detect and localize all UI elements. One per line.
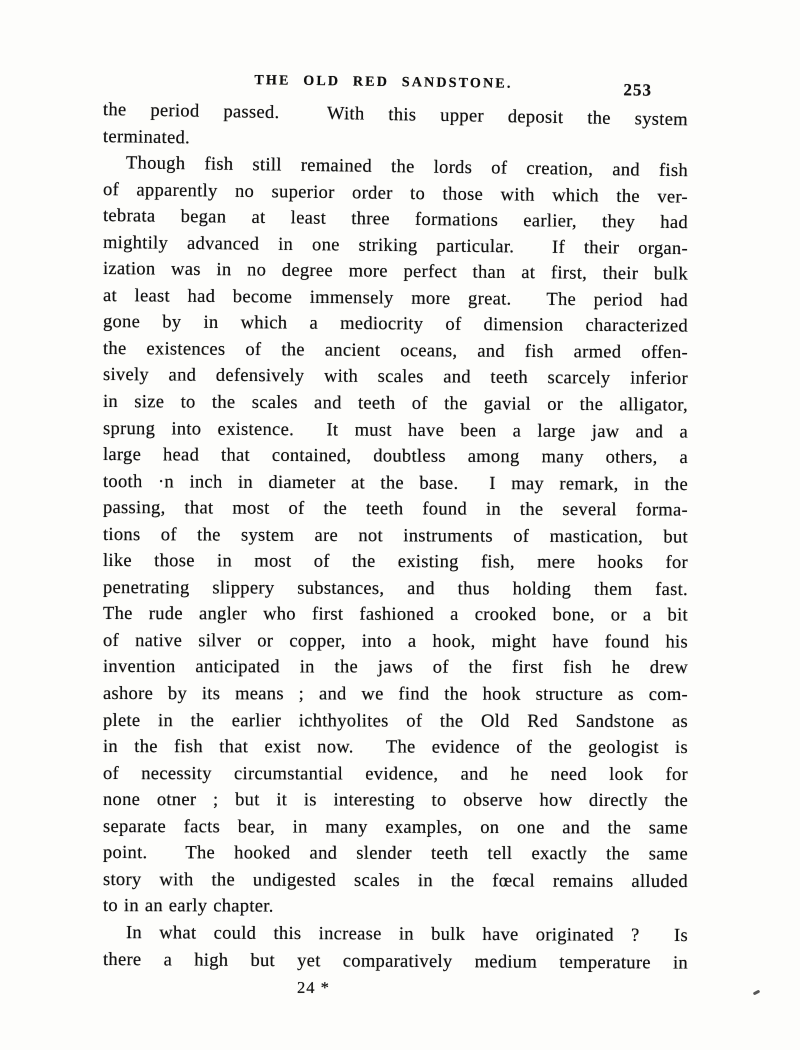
text-line: point. The hooked and slender teeth tell… <box>103 840 688 868</box>
text-line: sprung into existence. It must have been… <box>103 416 688 446</box>
text-line: ashore by its means ; and we find the ho… <box>103 681 688 709</box>
text-line: sively and defensively with scales and t… <box>103 362 688 393</box>
text-line: in the fish that exist now. The evidence… <box>103 734 688 762</box>
text-line: of necessity circumstantial evidence, an… <box>103 761 688 789</box>
text-line: In what could this increase in bulk have… <box>103 920 688 950</box>
text-line: separate facts bear, in many examples, o… <box>103 814 688 842</box>
text-line: The rude angler who first fashioned a cr… <box>103 601 688 629</box>
running-header-title: THE OLD RED SANDSTONE. <box>91 71 676 95</box>
book-page: THE OLD RED SANDSTONE. 253 the period pa… <box>0 0 800 1050</box>
text-line: tooth ·n inch in diameter at the base. I… <box>103 469 688 499</box>
text-line: of native silver or copper, into a hook,… <box>103 628 688 656</box>
scan-speck <box>753 990 761 996</box>
text-line: in size to the scales and teeth of the g… <box>103 389 688 419</box>
text-line: plete in the earlier ichthyolites of the… <box>103 708 688 736</box>
text-line: none otner ; but it is interesting to ob… <box>103 787 688 815</box>
signature-mark: 24 * <box>297 978 330 998</box>
text-line: tions of the system are not instruments … <box>103 522 688 551</box>
text-line: penetrating slippery substances, and thu… <box>103 575 688 604</box>
page-text: the period passed. With this upper depos… <box>103 97 688 973</box>
text-line: large head that contained, doubtless amo… <box>103 442 688 472</box>
text-line: story with the undigested scales in the … <box>103 867 688 896</box>
text-line: invention anticipated in the jaws of the… <box>103 654 688 682</box>
text-line: to in an early chapter. <box>103 893 688 922</box>
text-line: passing, that most of the teeth found in… <box>103 495 688 524</box>
text-line: like those in most of the existing fish,… <box>103 548 688 577</box>
text-line: there a high but yet comparatively mediu… <box>103 947 688 977</box>
